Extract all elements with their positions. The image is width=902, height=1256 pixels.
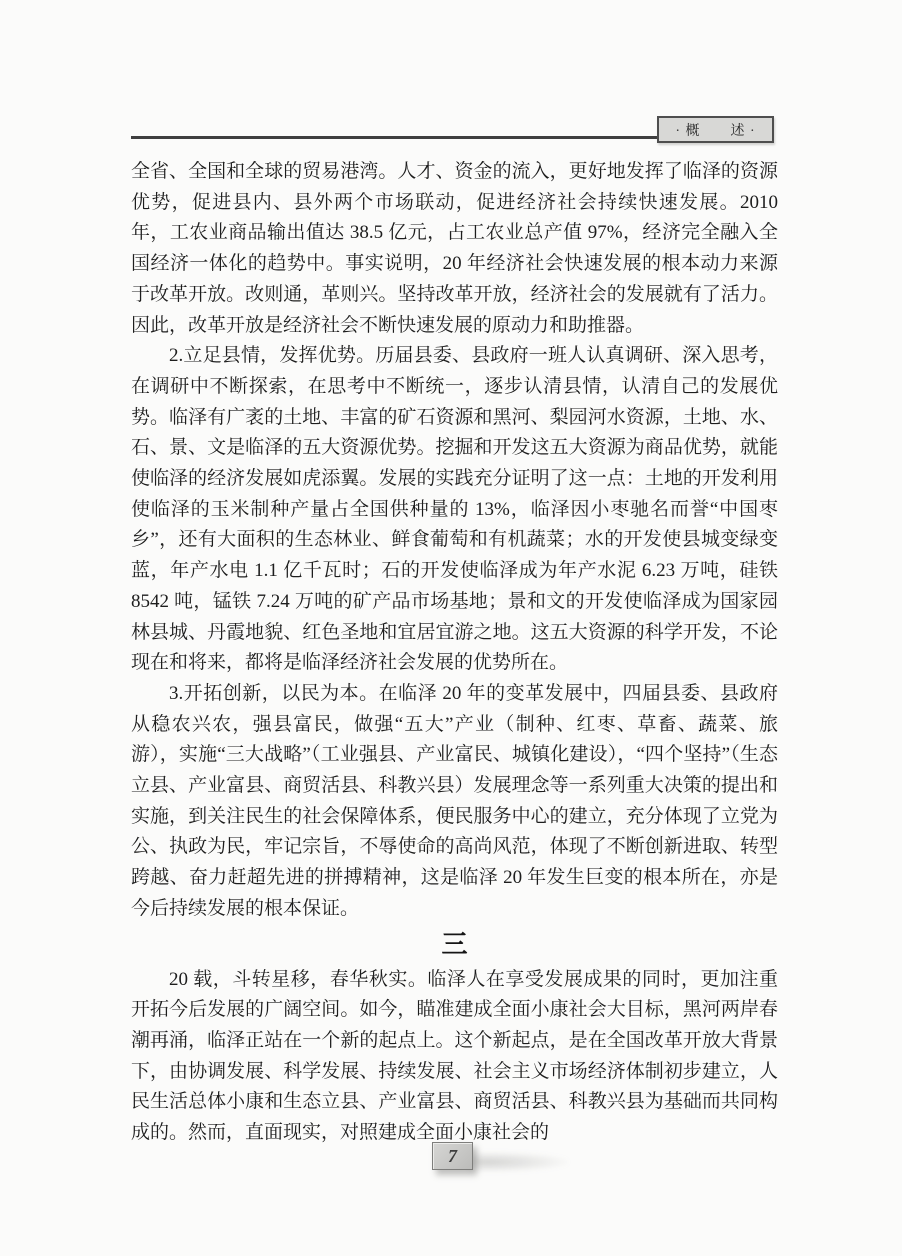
page-number: 7 (448, 1146, 457, 1167)
section-heading: 三 (131, 925, 778, 965)
running-header-box: · 概 述 · (657, 116, 774, 143)
body-paragraph-3: 3.开拓创新，以民为本。在临泽 20 年的变革发展中，四届县委、县政府从稳农兴农… (131, 679, 778, 925)
body-paragraph-2: 2.立足县情，发挥优势。历届县委、县政府一班人认真调研、深入思考，在调研中不断探… (131, 341, 778, 679)
body-paragraph-1: 全省、全国和全球的贸易港湾。人才、资金的流入，更好地发挥了临泽的资源优势，促进县… (131, 157, 778, 341)
page-number-box: 7 (432, 1142, 473, 1170)
body-paragraph-4: 20 载，斗转星移，春华秋实。临泽人在享受发展成果的同时，更加注重开拓今后发展的… (131, 965, 778, 1149)
running-header-title: · 概 述 · (675, 120, 755, 140)
header-rule (131, 136, 657, 139)
scan-smudge (468, 1152, 568, 1172)
body-text-column: 全省、全国和全球的贸易港湾。人才、资金的流入，更好地发挥了临泽的资源优势，促进县… (131, 157, 778, 1149)
scanned-book-page: { "header": { "title": "· 概 述 ·" }, "bod… (0, 0, 902, 1256)
